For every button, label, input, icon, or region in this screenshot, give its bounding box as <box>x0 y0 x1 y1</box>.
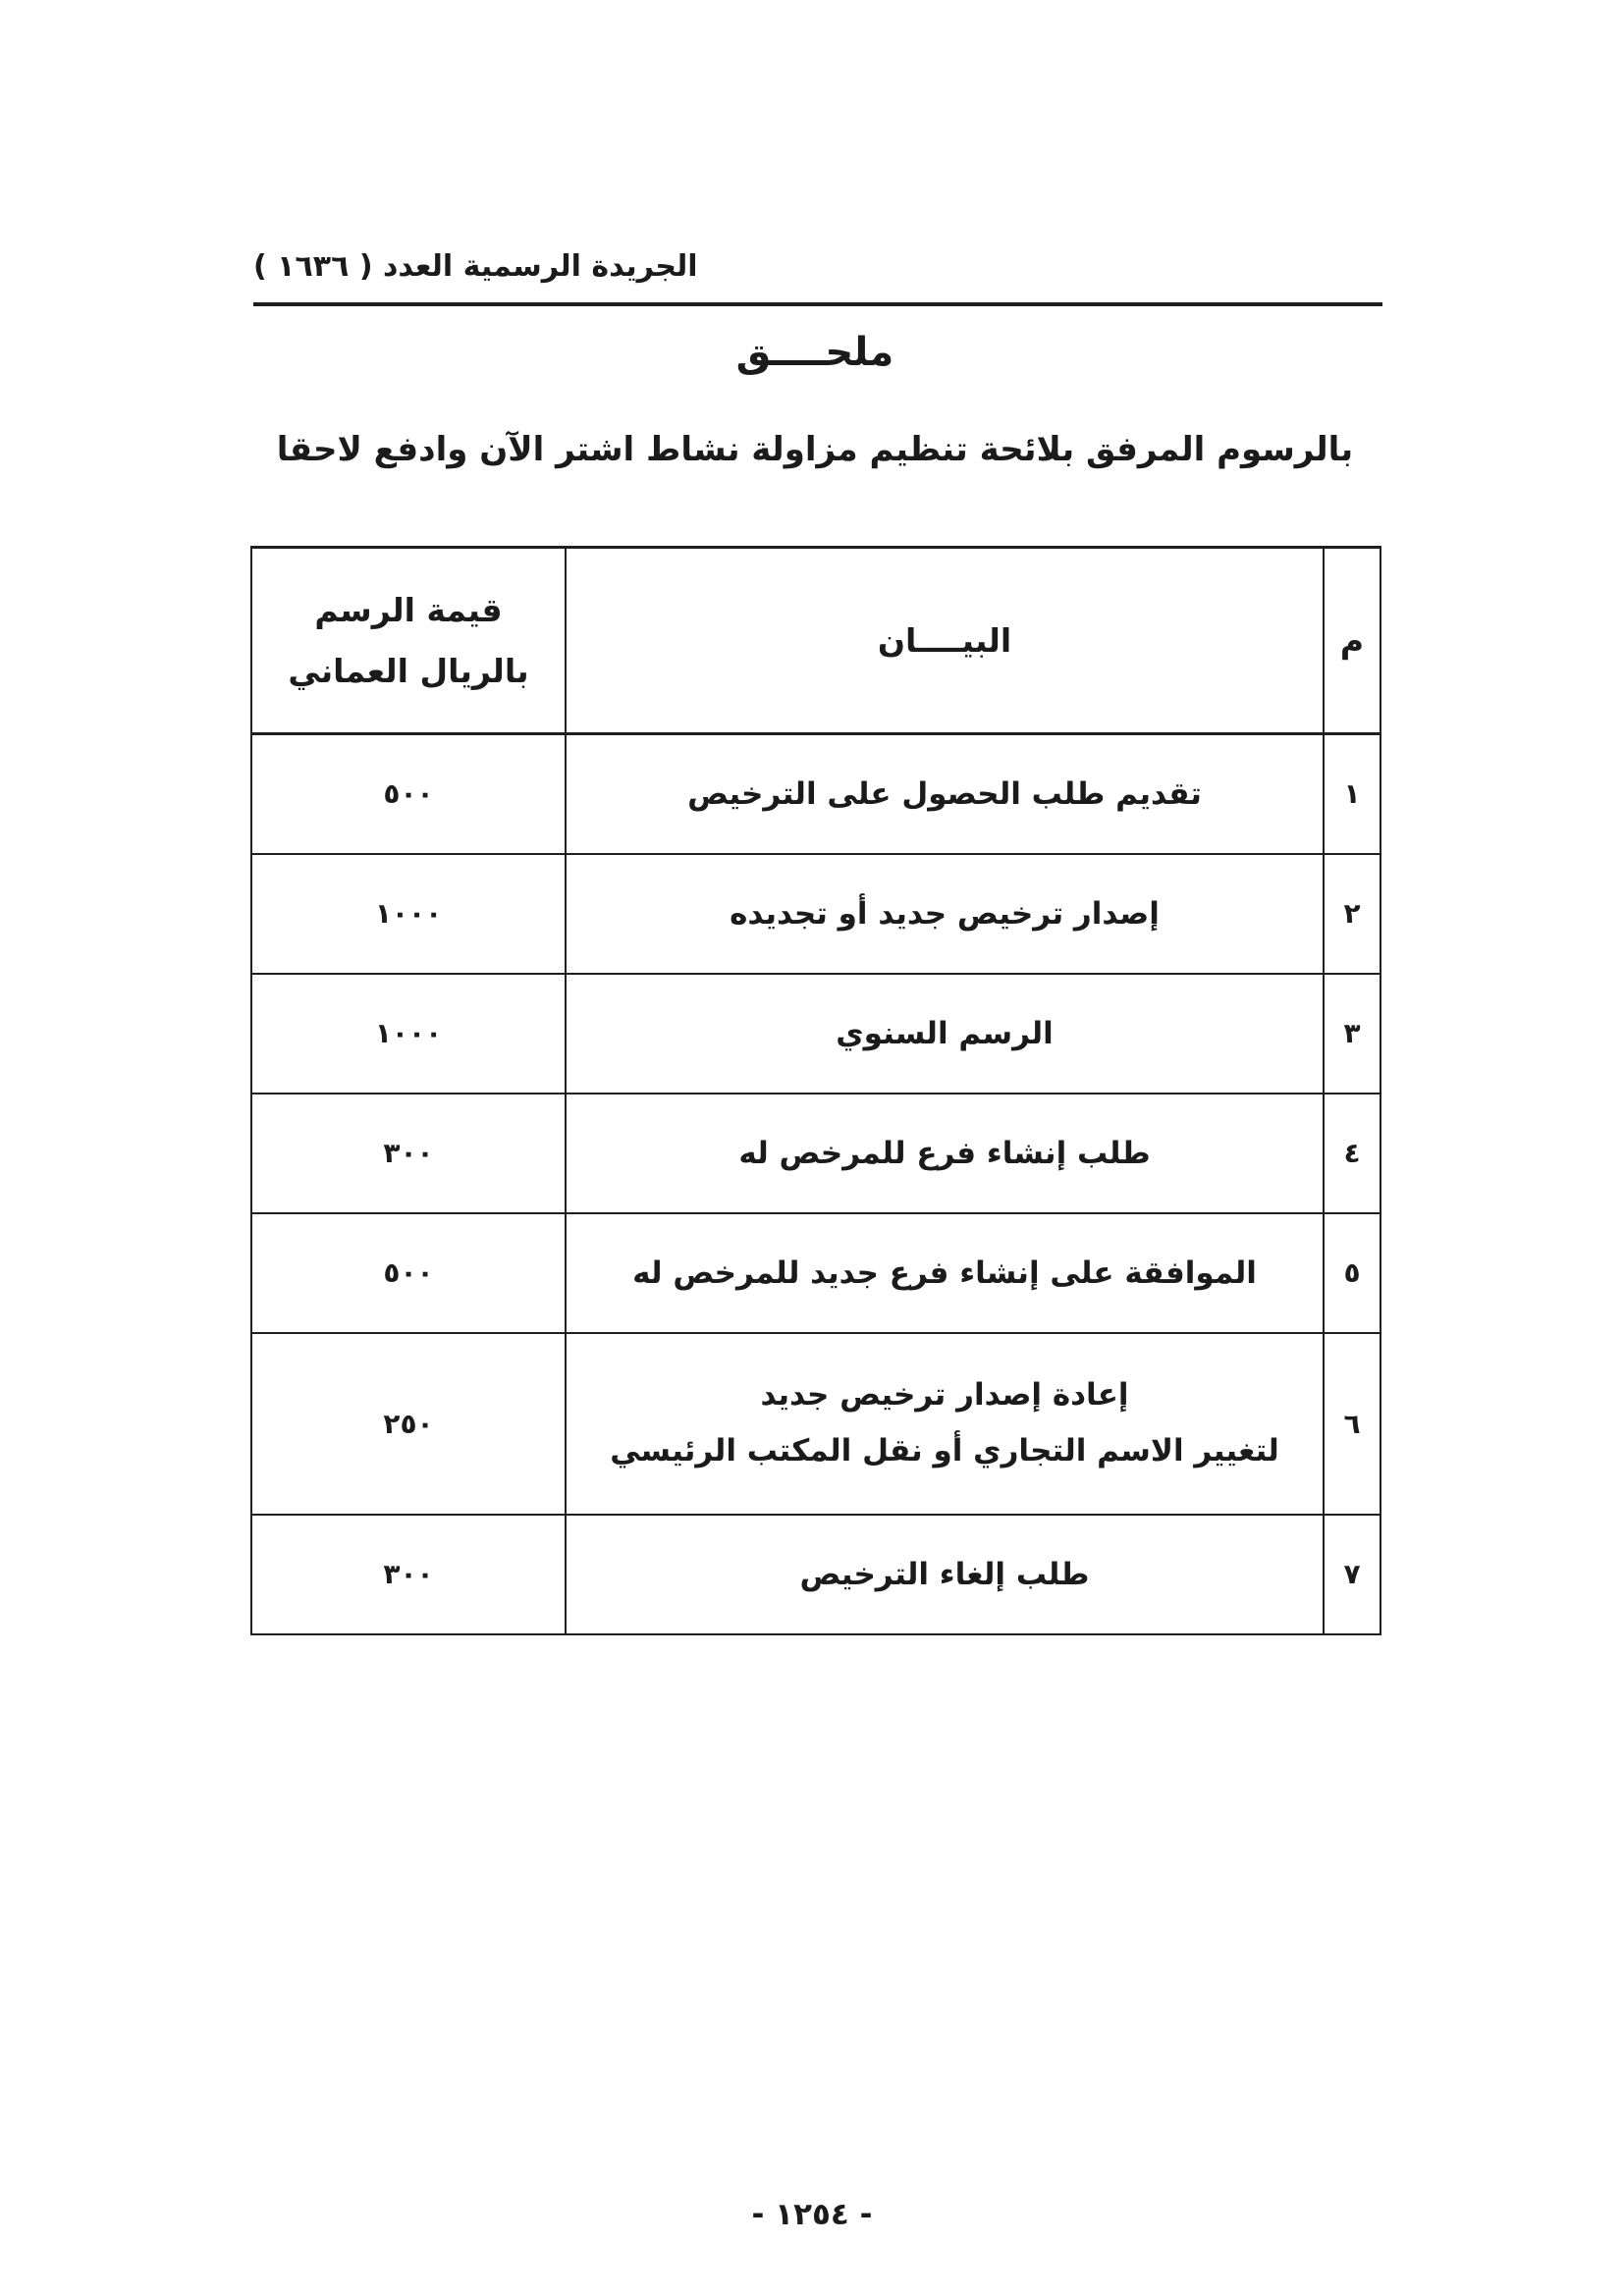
column-header-fee: قيمة الرسم بالريال العماني <box>251 548 566 734</box>
gazette-page: { "page": { "journal_header": "الجريدة ا… <box>0 0 1624 2296</box>
row-fee: ٥٠٠ <box>251 1213 566 1333</box>
table-row: ١ تقديم طلب الحصول على الترخيص ٥٠٠ <box>251 734 1380 854</box>
table-row: ٢ إصدار ترخيص جديد أو تجديده ١٠٠٠ <box>251 854 1380 974</box>
table-row: ٧ طلب إلغاء الترخيص ٣٠٠ <box>251 1515 1380 1634</box>
annex-subtitle: بالرسوم المرفق بلائحة تنظيم مزاولة نشاط … <box>250 430 1380 469</box>
row-description-line2: لتغيير الاسم التجاري أو نقل المكتب الرئي… <box>567 1423 1323 1479</box>
row-number: ١ <box>1324 734 1380 854</box>
table-row: ٣ الرسم السنوي ١٠٠٠ <box>251 974 1380 1094</box>
fee-header-line2: بالريال العماني <box>252 641 565 701</box>
row-description: إصدار ترخيص جديد أو تجديده <box>566 854 1324 974</box>
row-description: الموافقة على إنشاء فرع جديد للمرخص له <box>566 1213 1324 1333</box>
row-fee: ٢٥٠ <box>251 1333 566 1515</box>
row-fee: ٥٠٠ <box>251 734 566 854</box>
row-description: طلب إنشاء فرع للمرخص له <box>566 1094 1324 1213</box>
table-row: ٦ إعادة إصدار ترخيص جديد لتغيير الاسم ال… <box>251 1333 1380 1515</box>
fee-header-line1: قيمة الرسم <box>252 580 565 640</box>
row-description: الرسم السنوي <box>566 974 1324 1094</box>
row-number: ٦ <box>1324 1333 1380 1515</box>
row-description: طلب إلغاء الترخيص <box>566 1515 1324 1634</box>
annex-title: ملحــــق <box>250 330 1380 375</box>
row-number: ٥ <box>1324 1213 1380 1333</box>
row-description: إعادة إصدار ترخيص جديد لتغيير الاسم التج… <box>566 1333 1324 1515</box>
table-header-row: م البيــــان قيمة الرسم بالريال العماني <box>251 548 1380 734</box>
journal-issue-header: الجريدة الرسمية العدد ( ١٦٣٦ ) <box>253 249 698 284</box>
column-header-number: م <box>1324 548 1380 734</box>
row-number: ٧ <box>1324 1515 1380 1634</box>
table-row: ٤ طلب إنشاء فرع للمرخص له ٣٠٠ <box>251 1094 1380 1213</box>
row-fee: ١٠٠٠ <box>251 854 566 974</box>
page-number: - ١٢٥٤ - <box>0 2197 1624 2232</box>
row-fee: ١٠٠٠ <box>251 974 566 1094</box>
row-description: تقديم طلب الحصول على الترخيص <box>566 734 1324 854</box>
row-fee: ٣٠٠ <box>251 1094 566 1213</box>
row-fee: ٣٠٠ <box>251 1515 566 1634</box>
row-number: ٤ <box>1324 1094 1380 1213</box>
row-description-line1: إعادة إصدار ترخيص جديد <box>567 1367 1323 1423</box>
fees-table: م البيــــان قيمة الرسم بالريال العماني … <box>250 546 1381 1635</box>
row-number: ٢ <box>1324 854 1380 974</box>
row-number: ٣ <box>1324 974 1380 1094</box>
header-divider-rule <box>253 302 1382 306</box>
table-row: ٥ الموافقة على إنشاء فرع جديد للمرخص له … <box>251 1213 1380 1333</box>
column-header-description: البيــــان <box>566 548 1324 734</box>
